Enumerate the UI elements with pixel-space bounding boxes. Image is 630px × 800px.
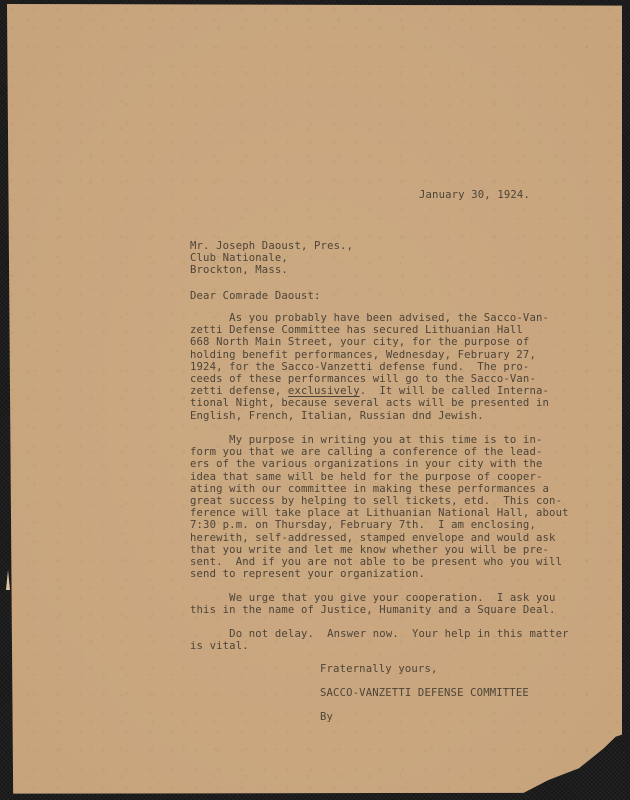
- text-line: . It will be called Interna-: [360, 385, 549, 397]
- text-line: My purpose in writing you at this time i…: [190, 434, 543, 446]
- paragraph-3: We urge that you give your cooperation. …: [190, 592, 556, 616]
- text-line: that you write and let me know whether y…: [190, 544, 549, 556]
- text-line: English, French, Italian, Russian dnd Je…: [190, 410, 484, 422]
- closing: Fraternally yours,: [320, 663, 438, 675]
- text-line: ference will take place at Lithuanian Na…: [190, 507, 569, 519]
- text-line: 668 North Main Street, your city, for th…: [190, 336, 529, 348]
- paper-tear: [6, 570, 10, 590]
- text-line: this in the name of Justice, Humanity an…: [190, 604, 556, 616]
- text-line: send to represent your organization.: [190, 568, 425, 580]
- text-line: We urge that you give your cooperation. …: [190, 592, 556, 604]
- letter-date: January 30, 1924.: [419, 189, 530, 201]
- text-line: holding benefit performances, Wednesday,…: [190, 349, 536, 361]
- text-line: ers of the various organizations in your…: [190, 458, 543, 470]
- salutation: Dear Comrade Daoust:: [190, 290, 321, 302]
- recipient-organization: Club Nationale,: [190, 252, 288, 264]
- paragraph-4: Do not delay. Answer now. Your help in t…: [190, 628, 569, 652]
- text-line: ceeds of these performances will go to t…: [190, 373, 536, 385]
- text-line: As you probably have been advised, the S…: [190, 312, 549, 324]
- underlined-word: exclusively: [288, 385, 360, 397]
- text-line: form you that we are calling a conferenc…: [190, 446, 543, 458]
- recipient-name: Mr. Joseph Daoust, Pres.,: [190, 240, 353, 252]
- text-line: tional Night, because several acts will …: [190, 397, 549, 409]
- text-line: idea that same will be held for the purp…: [190, 471, 543, 483]
- signature-by: By: [320, 711, 333, 723]
- text-line: sent. And if you are not able to be pres…: [190, 556, 562, 568]
- recipient-city: Brockton, Mass.: [190, 264, 288, 276]
- text-line: Do not delay. Answer now. Your help in t…: [190, 628, 569, 640]
- text-line: is vital.: [190, 640, 249, 652]
- signature-organization: SACCO-VANZETTI DEFENSE COMMITTEE: [320, 687, 529, 699]
- text-line: 7:30 p.m. on Thursday, February 7th. I a…: [190, 519, 536, 531]
- paragraph-1: As you probably have been advised, the S…: [190, 312, 549, 422]
- text-line: herewith, self-addressed, stamped envelo…: [190, 532, 556, 544]
- text-line: zetti Defense Committee has secured Lith…: [190, 324, 523, 336]
- text-line: ating with our committee in making these…: [190, 483, 549, 495]
- text-line: 1924, for the Sacco-Vanzetti defense fun…: [190, 361, 529, 373]
- recipient-address: Mr. Joseph Daoust, Pres., Club Nationale…: [190, 240, 353, 277]
- text-line: great success by helping to sell tickets…: [190, 495, 562, 507]
- text-line: zetti defense,: [190, 385, 288, 397]
- paragraph-2: My purpose in writing you at this time i…: [190, 434, 569, 580]
